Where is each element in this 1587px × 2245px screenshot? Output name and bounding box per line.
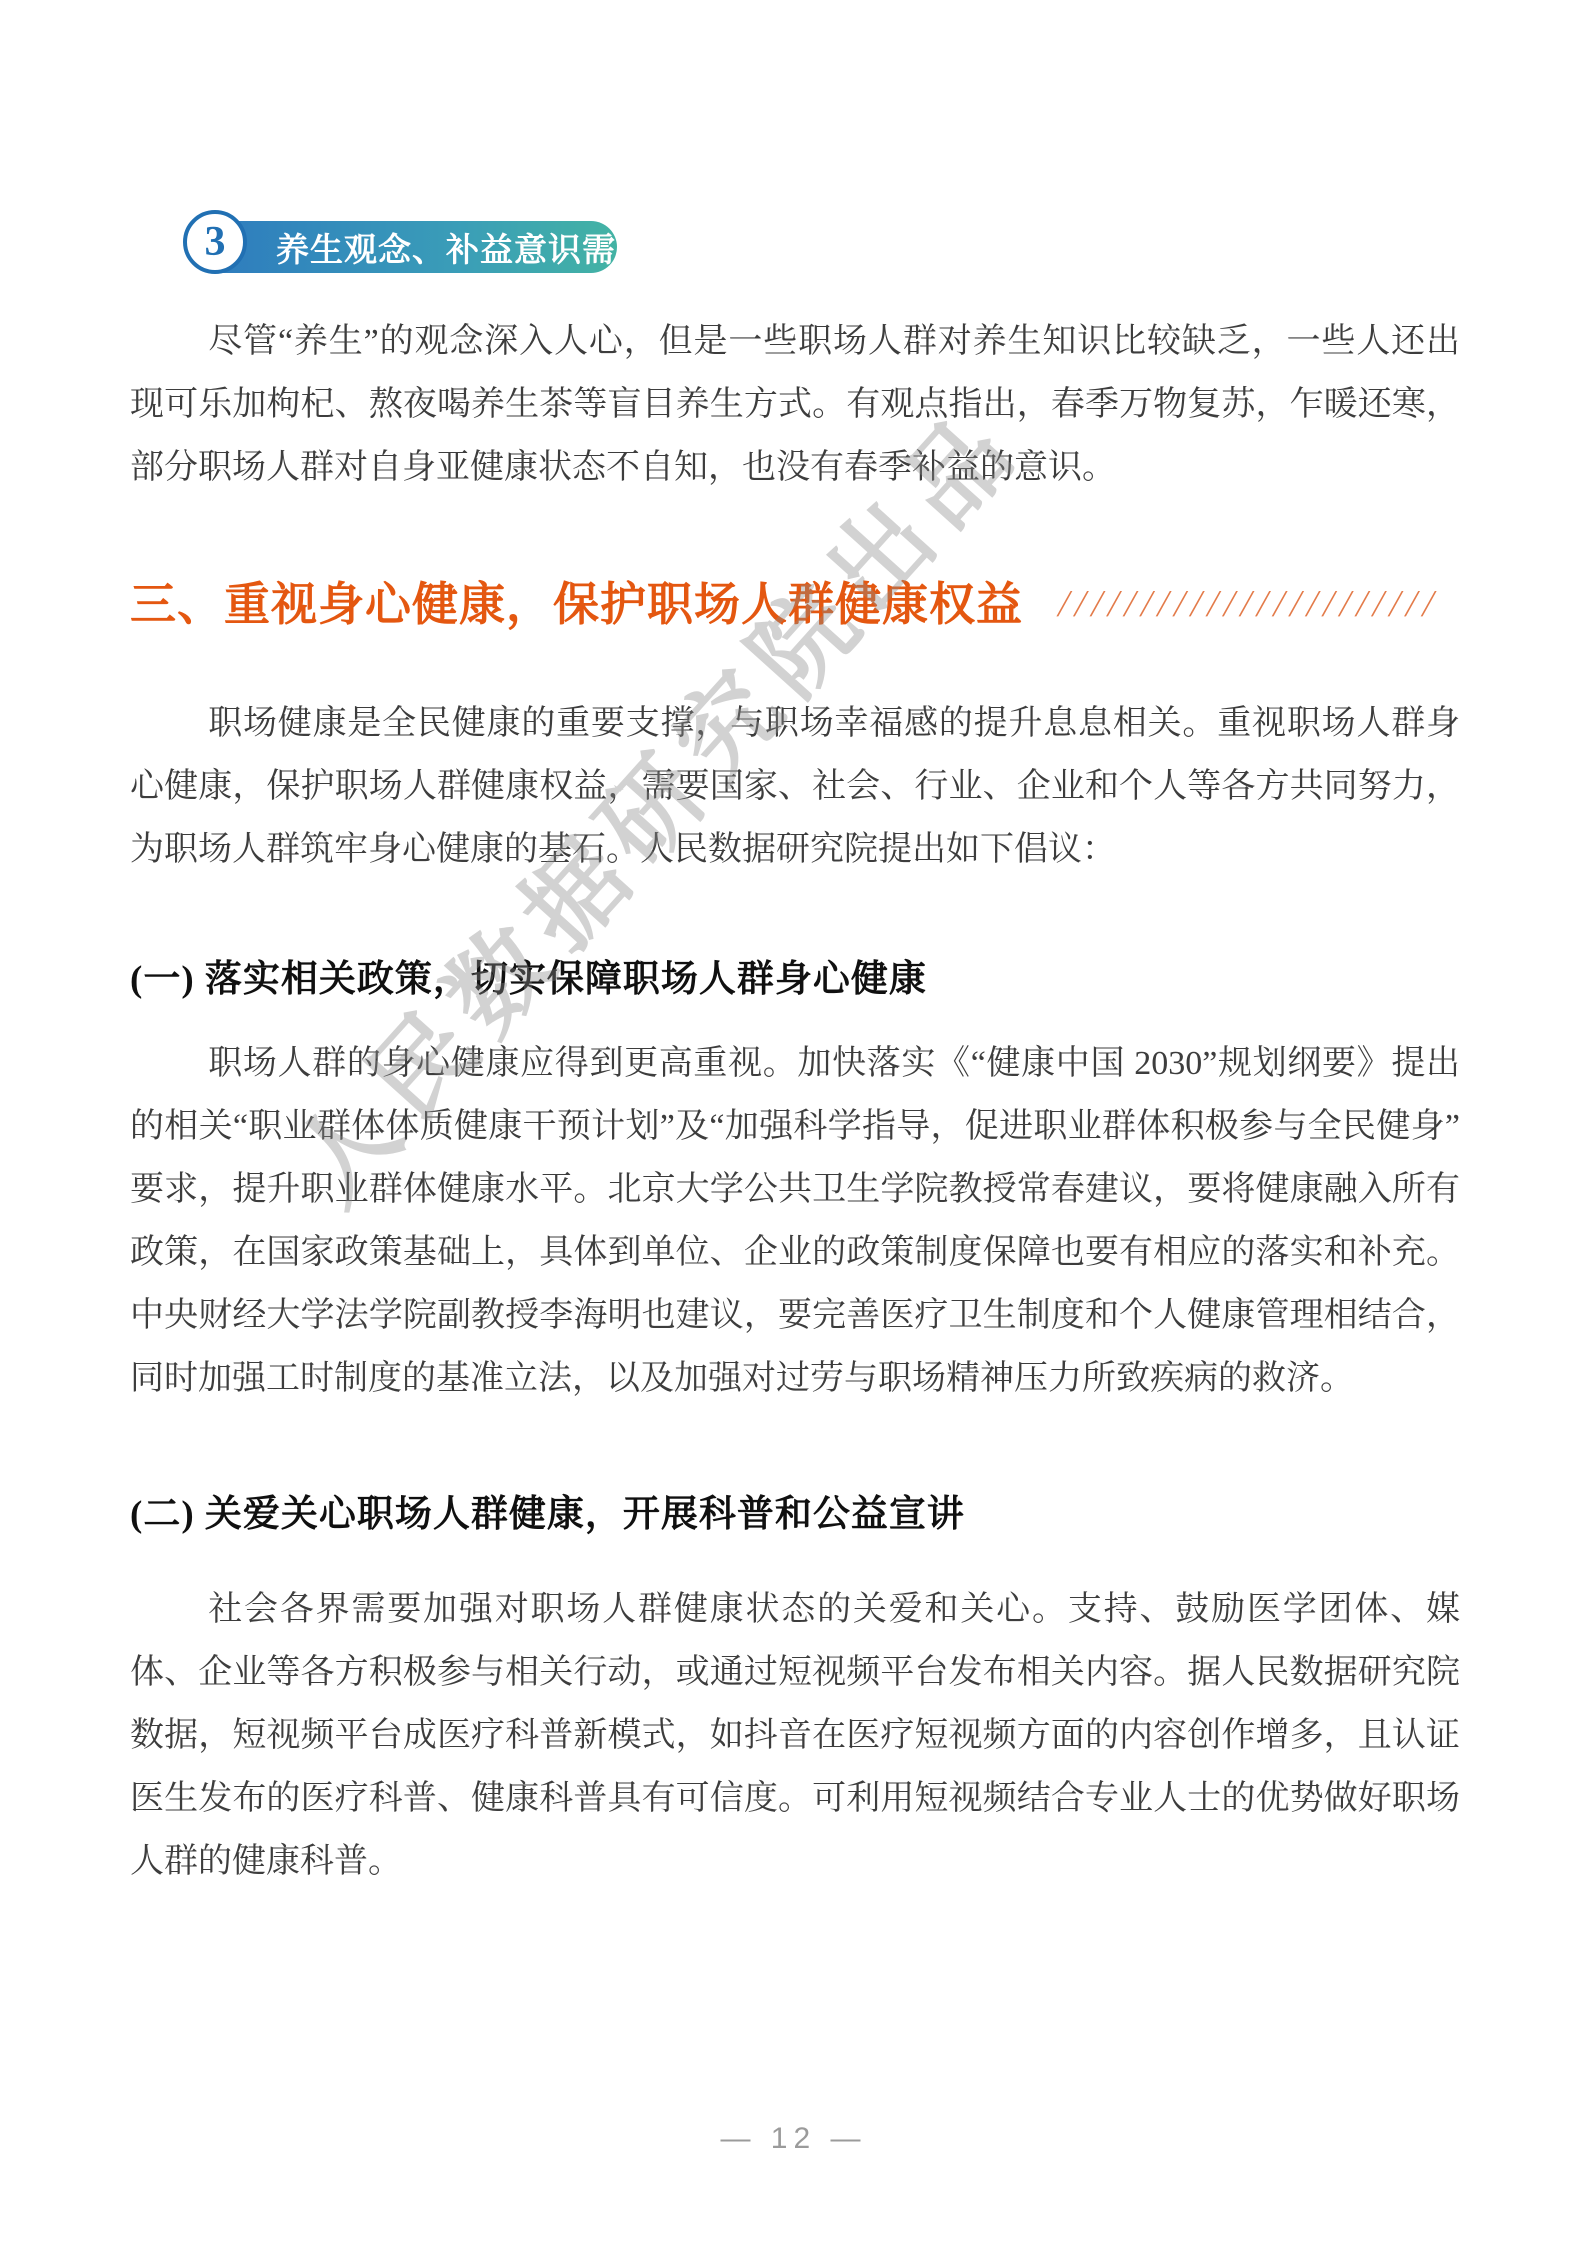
subsection-1-heading: (一) 落实相关政策，切实保障职场人群身心健康 (130, 948, 1470, 1002)
section-heading-text: 三、重视身心健康，保护职场人群健康权益 (130, 579, 1023, 630)
report-page: 人民数据研究院出品 养生观念、补益意识需科学 3 尽管“养生”的观念深入人心，但… (0, 0, 1587, 2245)
intro-paragraph: 尽管“养生”的观念深入人心，但是一些职场人群对养生知识比较缺乏，一些人还出现可乐… (130, 310, 1460, 499)
care-paragraph: 社会各界需要加强对职场人群健康状态的关爱和关心。支持、鼓励医学团体、媒体、企业等… (130, 1578, 1460, 1893)
section-heading: 三、重视身心健康，保护职场人群健康权益 ////////////////////… (130, 568, 1470, 634)
section-intro-paragraph: 职场健康是全民健康的重要支撑，与职场幸福感的提升息息相关。重视职场人群身心健康，… (130, 692, 1460, 881)
subsection-2-heading: (二) 关爱关心职场人群健康，开展科普和公益宣讲 (130, 1483, 1470, 1537)
section-badge-label: 养生观念、补益意识需科学 (276, 224, 684, 271)
slash-decoration: /////////////////////// (1054, 582, 1444, 626)
section-badge-number: 3 (183, 210, 247, 274)
section-badge-banner: 养生观念、补益意识需科学 (214, 221, 617, 273)
policy-paragraph: 职场人群的身心健康应得到更高重视。加快落实《“健康中国 2030”规划纲要》提出… (130, 1032, 1460, 1410)
page-number: — 12 — (0, 2122, 1587, 2156)
